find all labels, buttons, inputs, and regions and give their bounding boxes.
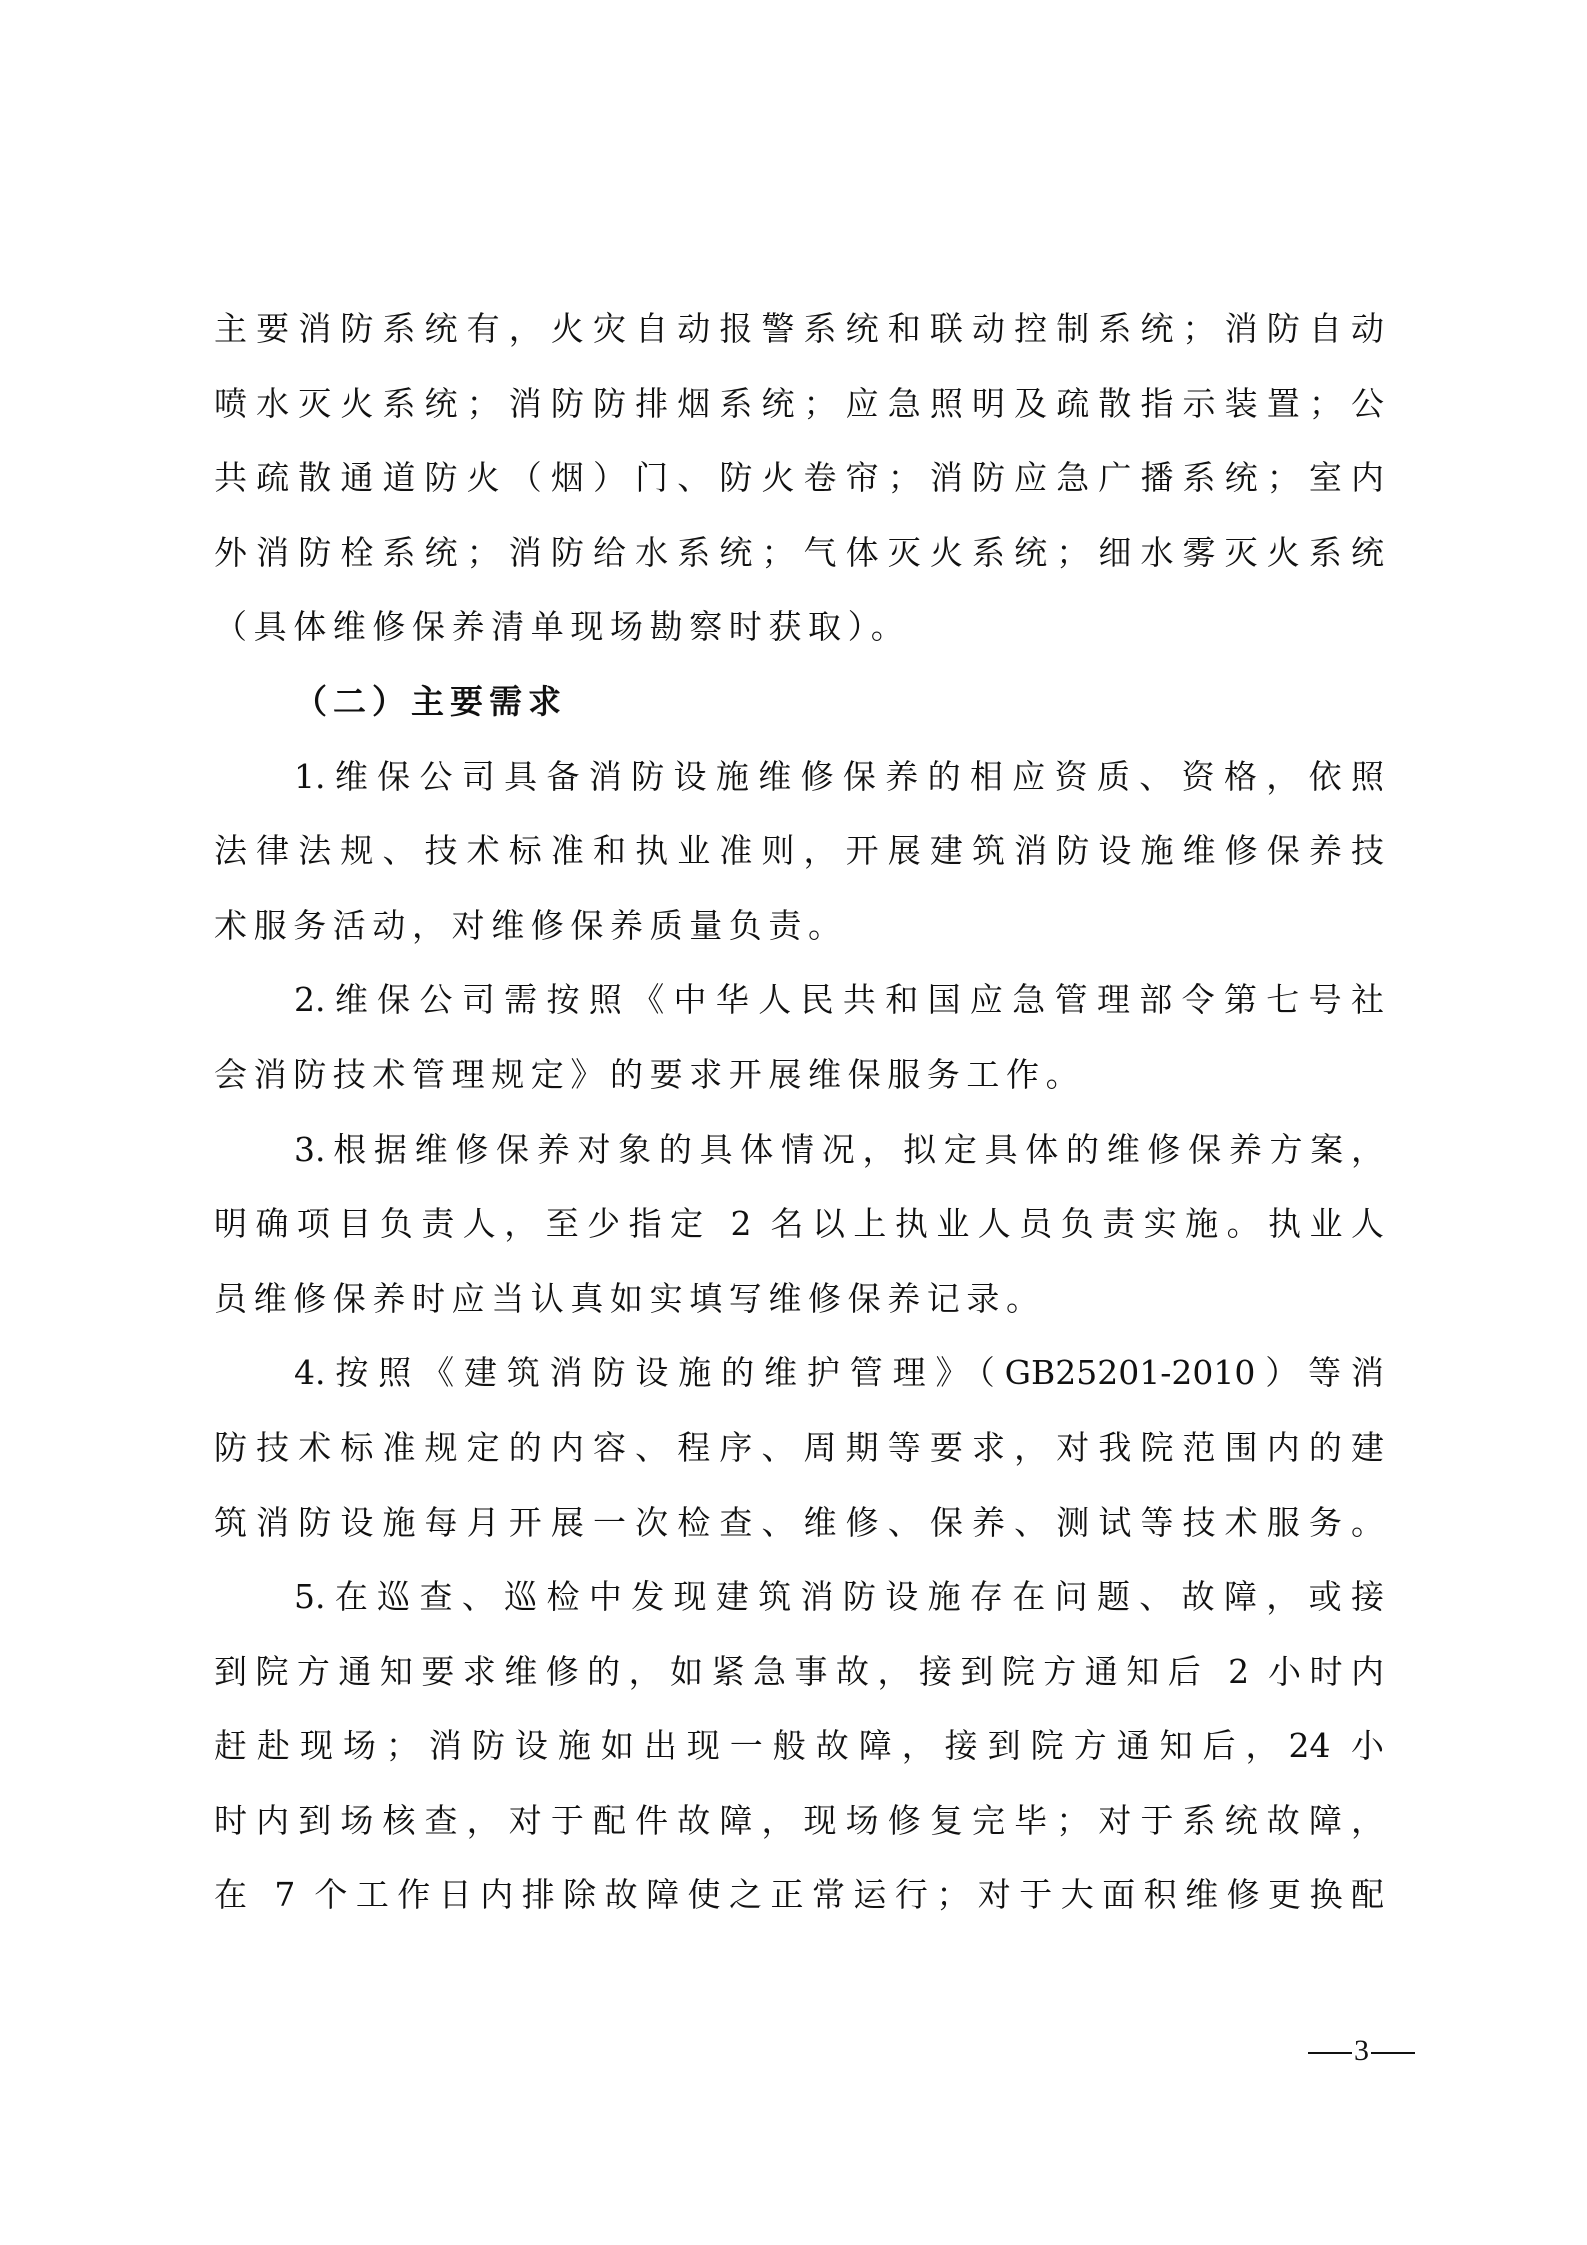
text-line: 2.维保公司需按照《中华人民共和国应急管理部令第七号社 (214, 963, 1384, 1038)
text-line: 明确项目负责人，至少指定 2 名以上执业人员负责实施。执业人 (214, 1187, 1384, 1262)
text-line: 在 7 个工作日内排除故障使之正常运行；对于大面积维修更换配 (214, 1858, 1384, 1933)
text-line: 术服务活动，对维修保养质量负责。 (214, 889, 1384, 964)
text-line: 法律法规、技术标准和执业准则，开展建筑消防设施维修保养技 (214, 814, 1384, 889)
text-line: 防技术标准规定的内容、程序、周期等要求，对我院范围内的建 (214, 1411, 1384, 1486)
page-number-dash-left (1308, 2052, 1352, 2054)
text-line: 员维修保养时应当认真如实填写维修保养记录。 (214, 1262, 1384, 1337)
body-text: 主要消防系统有，火灾自动报警系统和联动控制系统；消防自动 喷水灭火系统；消防防排… (214, 292, 1384, 1933)
text-line: （具体维修保养清单现场勘察时获取）。 (214, 590, 1384, 665)
text-line: 主要消防系统有，火灾自动报警系统和联动控制系统；消防自动 (214, 292, 1384, 367)
text-line: 4.按照《建筑消防设施的维护管理》（GB25201-2010）等消 (214, 1336, 1384, 1411)
text-line: 会消防技术管理规定》的要求开展维保服务工作。 (214, 1038, 1384, 1113)
text-line: 赶赴现场；消防设施如出现一般故障，接到院方通知后，24 小 (214, 1709, 1384, 1784)
text-line: 外消防栓系统；消防给水系统；气体灭火系统；细水雾灭火系统 (214, 516, 1384, 591)
text-line: 3.根据维修保养对象的具体情况，拟定具体的维修保养方案， (214, 1113, 1384, 1188)
page-number-dash-right (1371, 2052, 1415, 2054)
text-line: 时内到场核查，对于配件故障，现场修复完毕；对于系统故障， (214, 1784, 1384, 1859)
text-line: 到院方通知要求维修的，如紧急事故，接到院方通知后 2 小时内 (214, 1635, 1384, 1710)
text-line: 共疏散通道防火（烟）门、防火卷帘；消防应急广播系统；室内 (214, 441, 1384, 516)
text-line: 筑消防设施每月开展一次检查、维修、保养、测试等技术服务。 (214, 1486, 1384, 1561)
section-heading: （二）主要需求 (214, 665, 1384, 740)
requirement-item-5: 5.在巡查、巡检中发现建筑消防设施存在问题、故障，或接 到院方通知要求维修的，如… (214, 1560, 1384, 1933)
text-line: 5.在巡查、巡检中发现建筑消防设施存在问题、故障，或接 (214, 1560, 1384, 1635)
document-page: 主要消防系统有，火灾自动报警系统和联动控制系统；消防自动 喷水灭火系统；消防防排… (0, 0, 1587, 2245)
page-number: 3 (1306, 2034, 1417, 2068)
page-number-value: 3 (1354, 2034, 1369, 2067)
paragraph-fire-systems: 主要消防系统有，火灾自动报警系统和联动控制系统；消防自动 喷水灭火系统；消防防排… (214, 292, 1384, 665)
text-line: 1.维保公司具备消防设施维修保养的相应资质、资格，依照 (214, 740, 1384, 815)
requirement-item-3: 3.根据维修保养对象的具体情况，拟定具体的维修保养方案， 明确项目负责人，至少指… (214, 1113, 1384, 1337)
requirement-item-1: 1.维保公司具备消防设施维修保养的相应资质、资格，依照 法律法规、技术标准和执业… (214, 740, 1384, 964)
requirement-item-2: 2.维保公司需按照《中华人民共和国应急管理部令第七号社 会消防技术管理规定》的要… (214, 963, 1384, 1112)
requirement-item-4: 4.按照《建筑消防设施的维护管理》（GB25201-2010）等消 防技术标准规… (214, 1336, 1384, 1560)
text-line: 喷水灭火系统；消防防排烟系统；应急照明及疏散指示装置；公 (214, 367, 1384, 442)
